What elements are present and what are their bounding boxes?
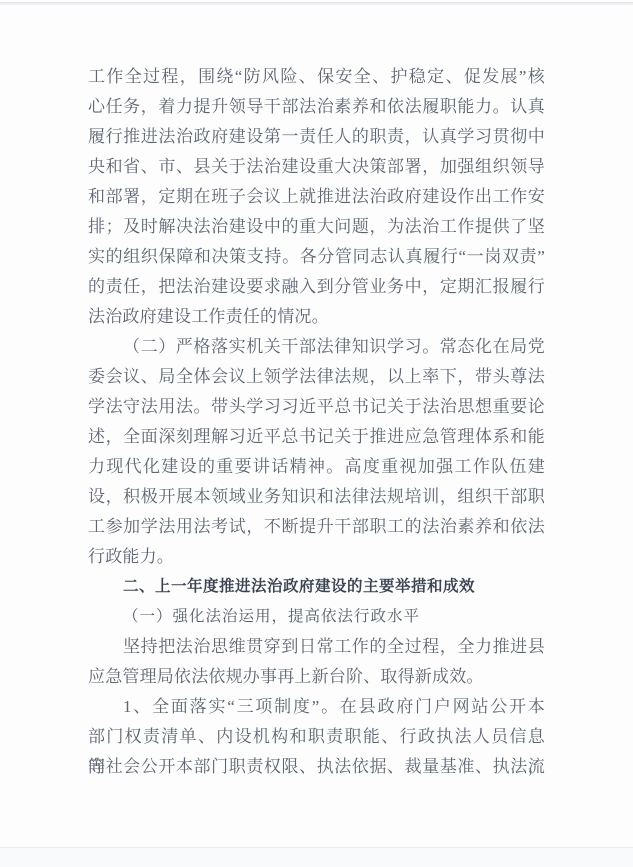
document-line: 法治政府建设工作责任的情况。: [88, 302, 545, 332]
document-line: 和部署，定期在班子会议上就推进法治政府建设作出工作安: [88, 182, 545, 212]
document-line: 心任务，着力提升领导干部法治素养和依法履职能力。认真: [88, 92, 545, 122]
section-heading: 二、上一年度推进法治政府建设的主要举措和成效: [88, 572, 545, 602]
document-line: 排；及时解决法治建设中的重大问题，为法治工作提供了坚: [88, 212, 545, 242]
document-line: （二）严格落实机关干部法律知识学习。常态化在局党: [88, 332, 545, 362]
document-line: 部门权责清单、内设机构和职责职能、行政执法人员信息等，: [88, 722, 545, 752]
document-line: 工作全过程，围绕“防风险、保安全、护稳定、促发展”核: [88, 62, 545, 92]
document-line: 实的组织保障和决策支持。各分管同志认真履行“一岗双责”: [88, 242, 545, 272]
document-line: 工参加学法用法考试，不断提升干部职工的法治素养和依法: [88, 512, 545, 542]
document-line: 委会议、局全体会议上领学法律法规，以上率下，带头尊法: [88, 362, 545, 392]
document-line: 向社会公开本部门职责权限、执法依据、裁量基准、执法流: [88, 752, 545, 782]
document-line: 的责任，把法治建设要求融入到分管业务中，定期汇报履行: [88, 272, 545, 302]
scan-top-edge-artifact: [0, 2, 633, 5]
document-line: 学法守法用法。带头学习习近平总书记关于法治思想重要论: [88, 392, 545, 422]
subsection-heading: （一）强化法治运用，提高依法行政水平: [88, 602, 545, 632]
document-line: 坚持把法治思维贯穿到日常工作的全过程，全力推进县: [88, 632, 545, 662]
document-page: 工作全过程，围绕“防风险、保安全、护稳定、促发展”核心任务，着力提升领导干部法治…: [0, 0, 633, 867]
document-line: 力现代化建设的重要讲话精神。高度重视加强工作队伍建: [88, 452, 545, 482]
document-text-block: 工作全过程，围绕“防风险、保安全、护稳定、促发展”核心任务，着力提升领导干部法治…: [88, 62, 545, 782]
document-line: 履行推进法治政府建设第一责任人的职责，认真学习贯彻中: [88, 122, 545, 152]
scan-bottom-tint: [0, 848, 633, 867]
document-line: 设，积极开展本领域业务知识和法律法规培训，组织干部职: [88, 482, 545, 512]
document-line: 1、全面落实“三项制度”。在县政府门户网站公开本: [88, 692, 545, 722]
document-line: 央和省、市、县关于法治建设重大决策部署，加强组织领导: [88, 152, 545, 182]
document-line: 行政能力。: [88, 542, 545, 572]
document-line: 应急管理局依法依规办事再上新台阶、取得新成效。: [88, 662, 545, 692]
document-line: 述，全面深刻理解习近平总书记关于推进应急管理体系和能: [88, 422, 545, 452]
